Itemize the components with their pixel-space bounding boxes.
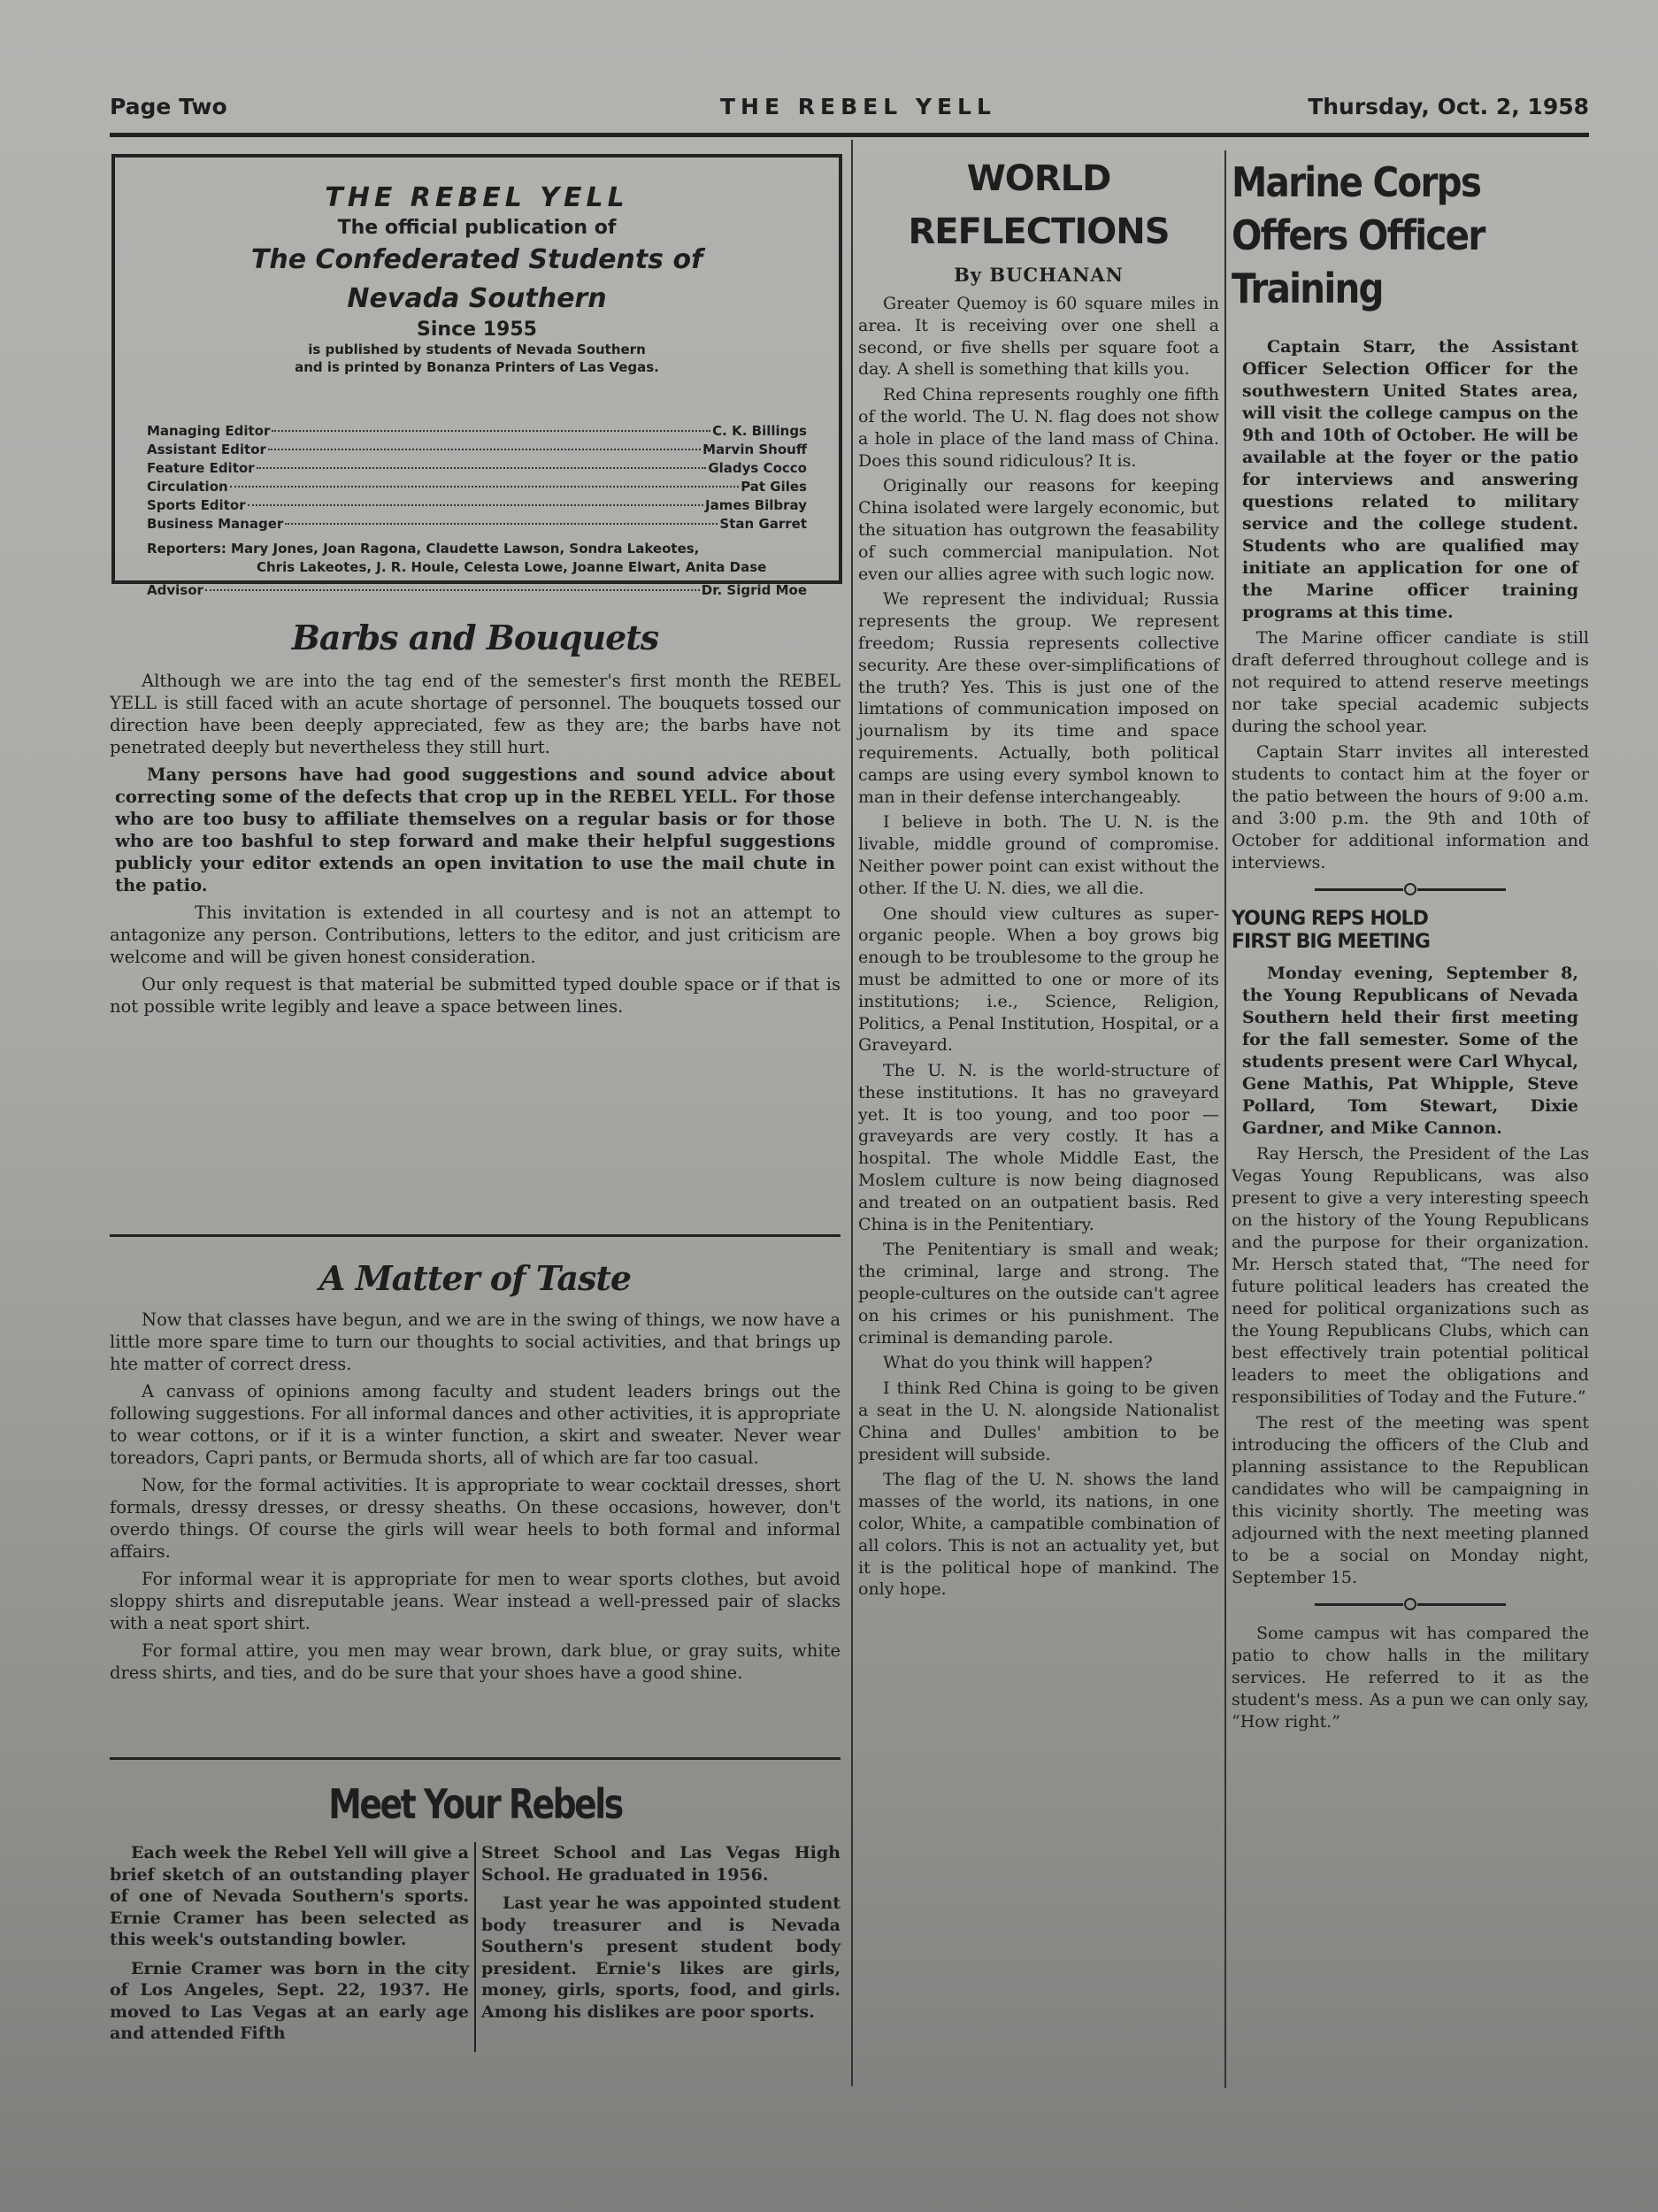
ornament-divider [1232, 883, 1589, 895]
column-divider [1224, 150, 1226, 2088]
barbs-paragraph: This invitation is extended in all court… [110, 902, 841, 968]
rebels-title: Meet Your Rebels [175, 1780, 774, 1828]
marine-paragraph: Captain Starr invites all interested stu… [1232, 741, 1589, 874]
young-reps-title: YOUNG REPS HOLD FIRST BIG MEETING [1232, 908, 1589, 954]
marine-corps-article: Marine Corps Offers Officer Training Cap… [1232, 156, 1589, 1737]
world-paragraph: Red China represents roughly one fifth o… [858, 384, 1219, 472]
column-divider [851, 140, 853, 2086]
barbs-paragraph: Although we are into the tag end of the … [110, 670, 841, 758]
rebels-article: Meet Your Rebels Each week the Rebel Yel… [110, 1780, 841, 2052]
reporters-list: Reporters: Mary Jones, Joan Ragona, Clau… [147, 540, 807, 577]
staff-row: Business ManagerStan Garret [147, 516, 807, 534]
staff-row: Managing EditorC. K. Billings [147, 423, 807, 442]
filler-paragraph: Some campus wit has compared the patio t… [1232, 1623, 1589, 1733]
section-rule [110, 1234, 841, 1237]
world-paragraph: We represent the individual; Russia repr… [858, 588, 1219, 808]
world-title: REFLECTIONS [858, 205, 1219, 258]
staff-row: CirculationPat Giles [147, 479, 807, 497]
ornament-divider [1232, 1598, 1589, 1610]
rebels-paragraph: Ernie Cramer was born in the city of Los… [110, 1958, 469, 2045]
barbs-paragraph: Our only request is that material be sub… [110, 973, 841, 1018]
masthead-org: The Confederated Students of [115, 242, 839, 278]
masthead-subtitle: The official publication of [115, 217, 839, 239]
advisor-row: AdvisorDr. Sigrid Moe [147, 582, 807, 601]
barbs-article: Barbs and Bouquets Although we are into … [110, 618, 841, 1023]
taste-paragraph: A canvass of opinions among faculty and … [110, 1380, 841, 1469]
world-paragraph: I believe in both. The U. N. is the liva… [858, 811, 1219, 899]
world-paragraph: The flag of the U. N. shows the land mas… [858, 1469, 1219, 1601]
marine-title: Offers Officer [1232, 209, 1547, 262]
world-paragraph: One should view cultures as super-organi… [858, 903, 1219, 1057]
rebels-paragraph: Last year he was appointed student body … [481, 1893, 841, 2023]
marine-title: Marine Corps [1232, 156, 1547, 209]
young-reps-paragraph: Ray Hersch, the President of the Las Veg… [1232, 1143, 1589, 1409]
taste-paragraph: For formal attire, you men may wear brow… [110, 1640, 841, 1684]
masthead-since: Since 1955 [115, 319, 839, 341]
marine-paragraph: Captain Starr, the Assistant Officer Sel… [1232, 336, 1589, 624]
header-rule [110, 133, 1589, 137]
world-paragraph: Originally our reasons for keeping China… [858, 475, 1219, 585]
world-paragraph: What do you think will happen? [858, 1352, 1219, 1374]
taste-paragraph: Now, for the formal activities. It is ap… [110, 1474, 841, 1563]
byline: By BUCHANAN [858, 264, 1219, 286]
marine-paragraph: The Marine officer candiate is still dra… [1232, 627, 1589, 738]
world-paragraph: Greater Quemoy is 60 square miles in are… [858, 293, 1219, 380]
masthead-published: is published by students of Nevada South… [115, 341, 839, 358]
world-title: WORLD [858, 152, 1219, 205]
taste-title: A Matter of Taste [110, 1258, 841, 1298]
column-divider [474, 1842, 476, 2052]
paper-name: THE REBEL YELL [720, 94, 996, 119]
taste-paragraph: For informal wear it is appropriate for … [110, 1568, 841, 1634]
young-reps-paragraph: The rest of the meeting was spent introd… [1232, 1412, 1589, 1589]
staff-list: Managing EditorC. K. Billings Assistant … [147, 423, 807, 601]
page-header: Page Two THE REBEL YELL Thursday, Oct. 2… [110, 88, 1589, 133]
world-paragraph: The Penitentiary is small and weak; the … [858, 1239, 1219, 1348]
barbs-title: Barbs and Bouquets [110, 618, 841, 657]
section-rule [110, 1757, 841, 1760]
masthead-printed: and is printed by Bonanza Printers of La… [115, 358, 839, 376]
staff-row: Feature EditorGladys Cocco [147, 460, 807, 479]
rebels-paragraph: Street School and Las Vegas High School.… [481, 1842, 841, 1886]
issue-date: Thursday, Oct. 2, 1958 [1308, 94, 1589, 119]
taste-article: A Matter of Taste Now that classes have … [110, 1258, 841, 1689]
newspaper-page: Page Two THE REBEL YELL Thursday, Oct. 2… [110, 88, 1589, 2088]
staff-row: Assistant EditorMarvin Shouff [147, 442, 807, 460]
world-paragraph: I think Red China is going to be given a… [858, 1378, 1219, 1465]
young-reps-paragraph: Monday evening, September 8, the Young R… [1232, 963, 1589, 1140]
rebels-paragraph: Each week the Rebel Yell will give a bri… [110, 1842, 469, 1951]
staff-row: Sports EditorJames Bilbray [147, 497, 807, 516]
world-reflections-article: WORLD REFLECTIONS By BUCHANAN Greater Qu… [858, 152, 1219, 1604]
world-paragraph: The U. N. is the world-structure of thes… [858, 1060, 1219, 1235]
taste-paragraph: Now that classes have begun, and we are … [110, 1309, 841, 1375]
page-label: Page Two [110, 94, 227, 119]
masthead-title: THE REBEL YELL [115, 182, 839, 213]
masthead-org: Nevada Southern [115, 281, 839, 317]
masthead-box: THE REBEL YELL The official publication … [111, 154, 842, 584]
barbs-paragraph: Many persons have had good suggestions a… [110, 764, 841, 896]
marine-title: Training [1232, 262, 1547, 315]
